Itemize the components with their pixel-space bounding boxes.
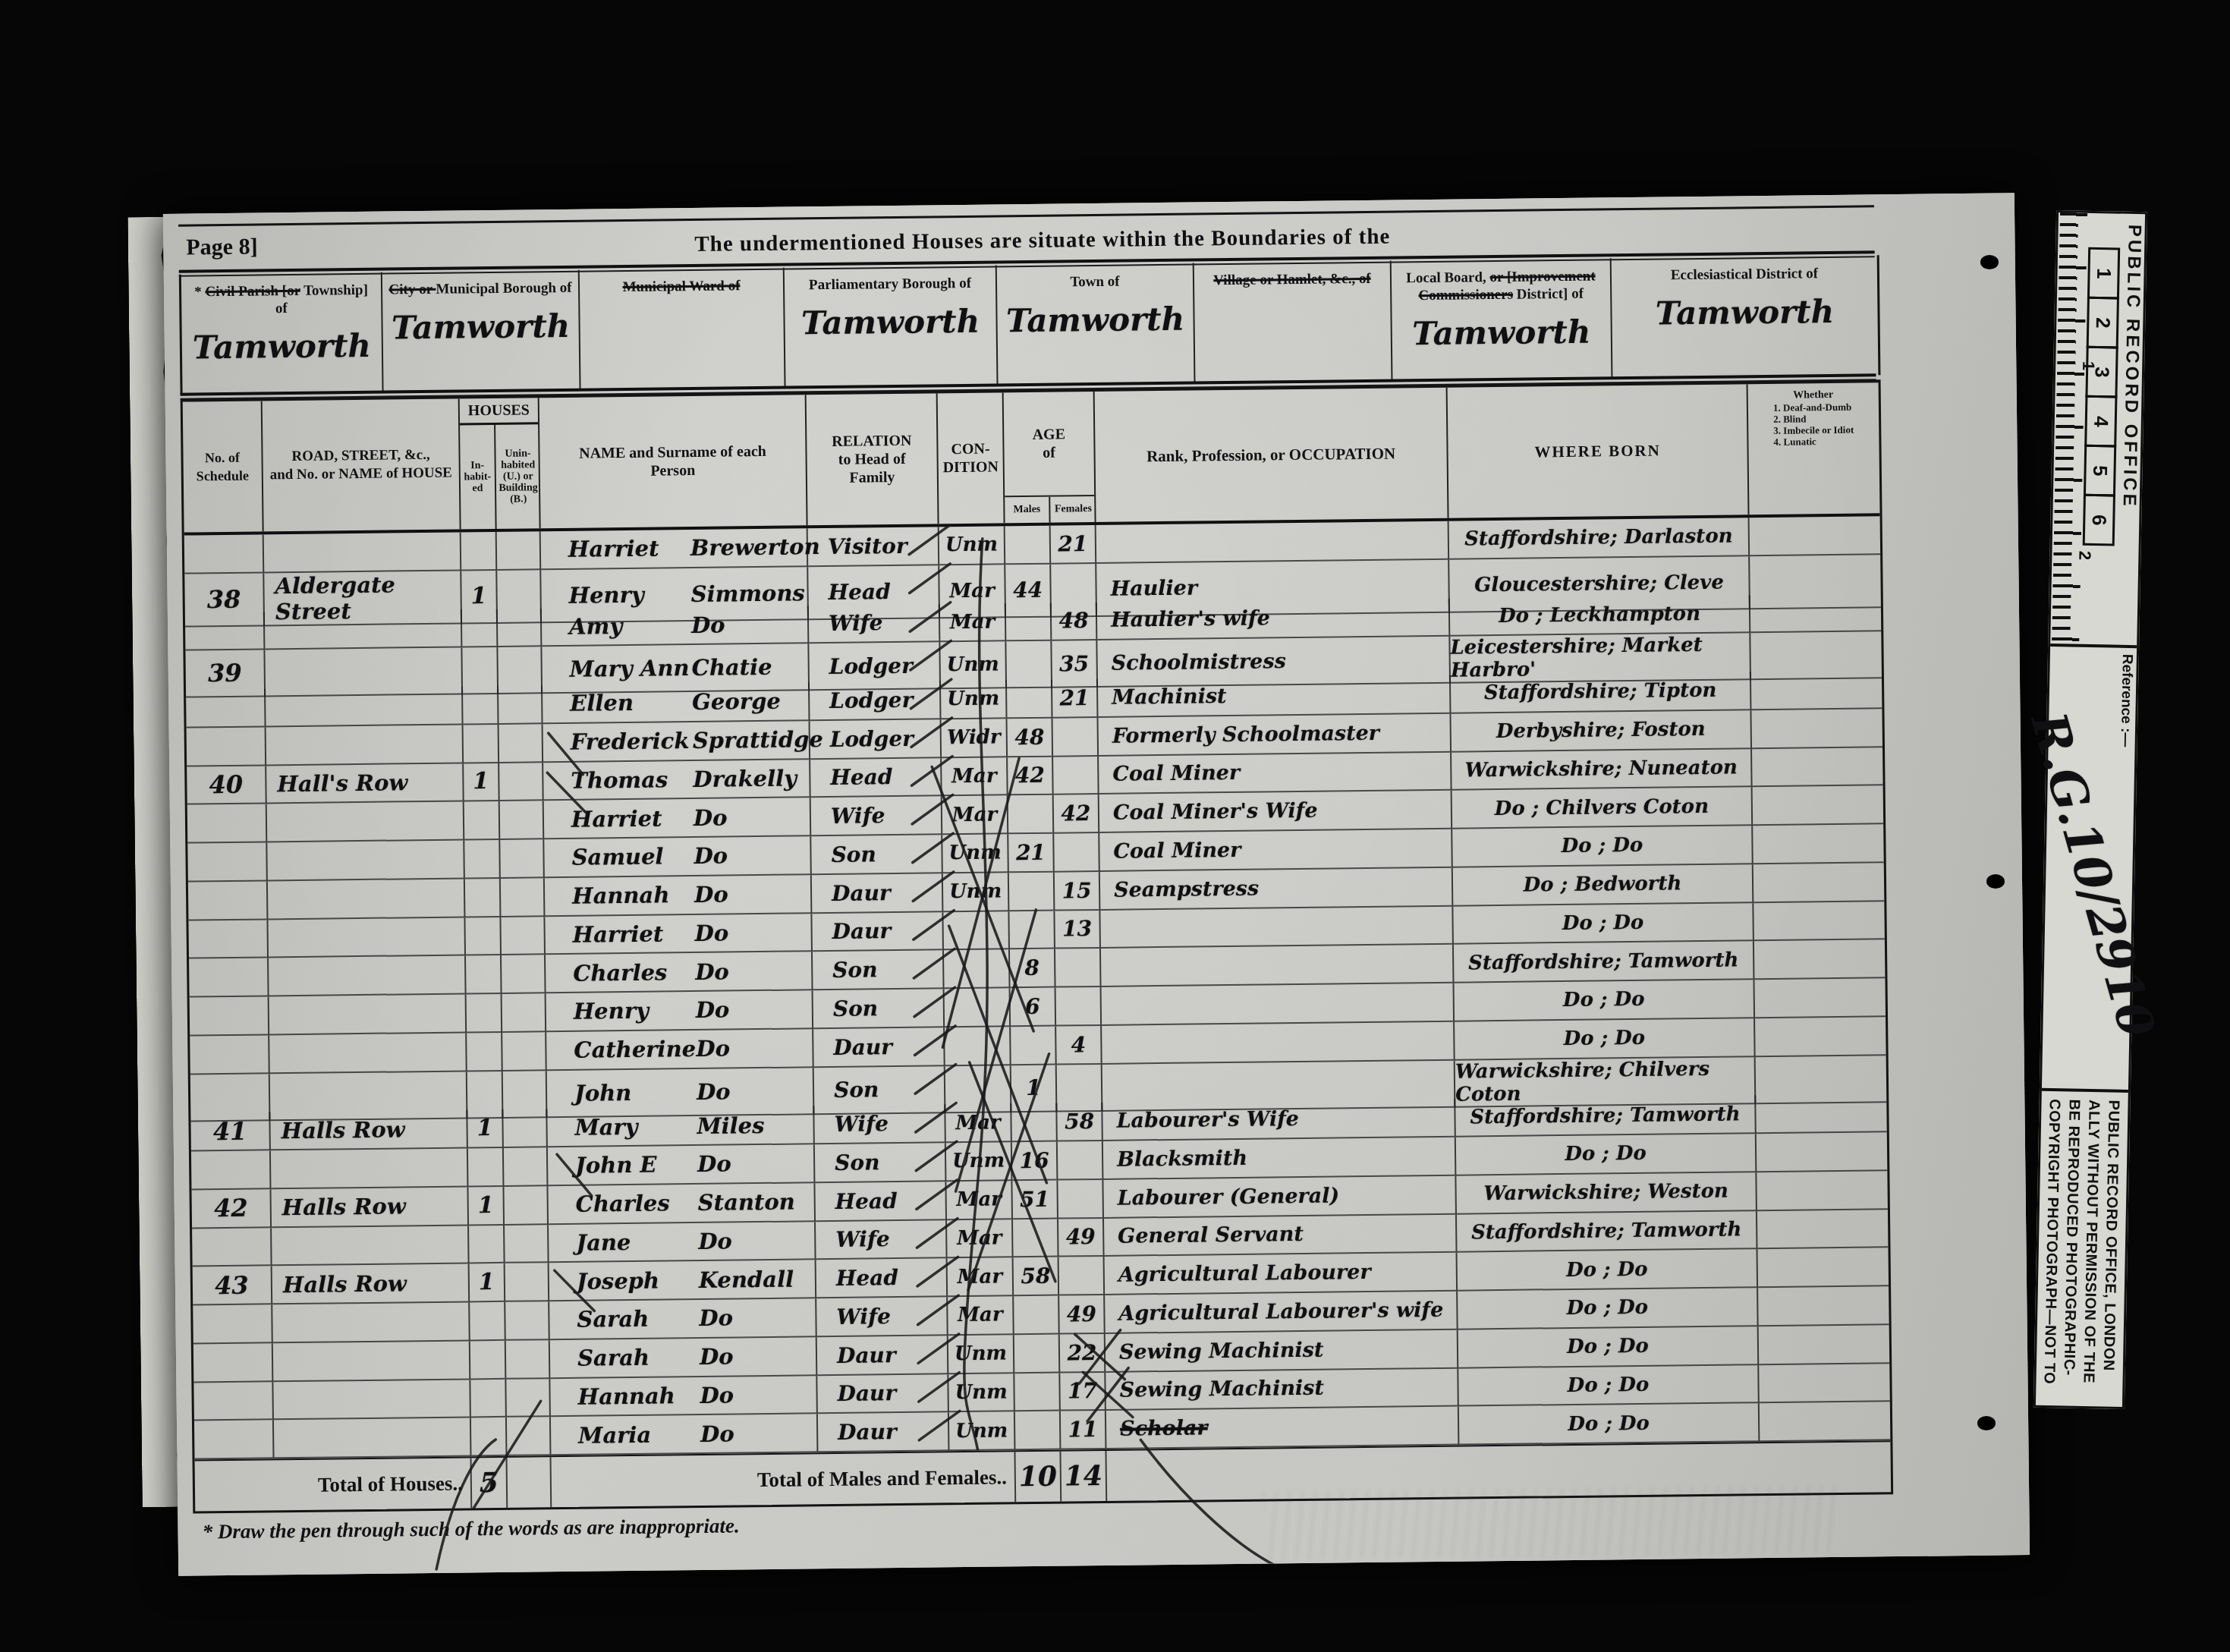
person-surname: Kendall: [699, 1266, 794, 1292]
person-given-name: Mary Ann: [543, 655, 692, 682]
cell-age-male: 21: [1008, 834, 1055, 873]
cell-condition: Mar: [948, 1258, 1014, 1298]
cell-occupation: Agricultural Labourer's wife: [1105, 1292, 1458, 1334]
cell-infirmity: [1753, 785, 1884, 826]
col-header-uninhabited: Unin- habited (U.) or Building (B.): [495, 424, 541, 529]
person-surname: Do: [696, 1036, 730, 1062]
ruler-number-box: 2: [2087, 297, 2119, 349]
cell-inhabited: [464, 840, 501, 879]
cell-road: [272, 1302, 470, 1343]
district-label: Municipal Ward of: [616, 277, 746, 296]
district-cell: Village or Hamlet, &c., of: [1194, 261, 1393, 383]
cell-age-female: [1055, 949, 1102, 987]
cell-age-female: [1056, 987, 1102, 1026]
occupation-text: Haulier: [1110, 577, 1197, 601]
person-surname: Do: [694, 804, 728, 831]
district-label-text: Town of: [1070, 274, 1120, 291]
cell-road: Halls Row: [270, 1110, 468, 1151]
person-given-name: Jane: [549, 1229, 698, 1256]
cell-infirmity: [1760, 1402, 1891, 1442]
cell-occupation: [1101, 945, 1455, 987]
cell-where-born: Do ; Do: [1452, 826, 1753, 867]
pro-reference-card: 12 123456 PUBLIC RECORD OFFICE Reference…: [2033, 210, 2147, 1409]
cell-uninhabited: [504, 1147, 549, 1186]
cell-condition: Unm: [949, 1412, 1016, 1452]
cell-uninhabited: [497, 531, 542, 570]
cell-road: [266, 725, 464, 766]
person-surname: Sprattidge: [693, 726, 823, 754]
cell-name: Catherine Do: [546, 1029, 814, 1071]
person-given-name: John E: [548, 1151, 697, 1178]
cell-inhabited: [465, 879, 502, 917]
person-given-name: Thomas: [543, 766, 693, 794]
cell-age-female: [1058, 1180, 1104, 1219]
ruler-number-box: 5: [2084, 445, 2116, 497]
cell-age-female: [1053, 756, 1099, 795]
cell-occupation: Coal Miner: [1099, 752, 1452, 795]
cell-schedule: [194, 1421, 275, 1460]
person-surname: Do: [698, 1228, 732, 1254]
cell-uninhabited: [505, 1301, 550, 1340]
cell-uninhabited: [507, 1417, 552, 1455]
spacer: [508, 1457, 552, 1508]
cell-uninhabited: [501, 878, 546, 917]
cell-age-male: [1015, 1411, 1062, 1450]
cell-occupation: Seampstress: [1100, 867, 1454, 910]
cell-condition: [945, 988, 1011, 1027]
district-cell: Local Board, or [Improvement Commissione…: [1392, 258, 1613, 380]
cell-inhabited: 1: [464, 763, 500, 801]
cell-age-male: 48: [1008, 718, 1054, 757]
cell-age-male: 42: [1008, 757, 1054, 795]
district-label: * Civil Parish [or Township] of: [181, 282, 382, 319]
occupation-text: Blacksmith: [1117, 1147, 1247, 1172]
cell-inhabited: 1: [468, 1187, 505, 1226]
col-header-occupation: Rank, Profession, or OCCUPATION: [1095, 388, 1449, 522]
cell-road: [268, 917, 466, 958]
cell-name: Jane Do: [549, 1222, 816, 1263]
cell-name: Charles Do: [546, 952, 813, 993]
cell-infirmity: [1751, 670, 1882, 710]
person-surname: Do: [691, 612, 725, 638]
cell-occupation: Machinist: [1098, 675, 1452, 718]
cell-where-born: Staffordshire; Tipton: [1451, 672, 1752, 713]
cell-age-male: [1007, 680, 1053, 719]
reference-value: R.G.10/2910: [2019, 706, 2159, 1021]
cell-uninhabited: [498, 609, 543, 647]
cell-occupation: Sewing Machinist: [1106, 1329, 1459, 1372]
district-label: Town of: [1064, 273, 1126, 291]
occupation-text: Scholar: [1120, 1417, 1208, 1441]
cell-relation: Daur: [812, 912, 944, 952]
district-label: Ecclesiastical District of: [1665, 265, 1824, 284]
cell-inhabited: [470, 1302, 506, 1341]
cell-relation: Wife: [809, 604, 941, 644]
occupation-text: Labourer's Wife: [1116, 1107, 1299, 1133]
ruler-number-boxes: 123456: [2083, 250, 2120, 546]
col-header-males: Males: [1005, 497, 1050, 524]
cell-uninhabited: [502, 993, 547, 1032]
footnote: * Draw the pen through such of the words…: [202, 1514, 739, 1543]
cell-road: [269, 956, 467, 997]
cell-road: [271, 1148, 469, 1189]
person-given-name: Henry: [546, 997, 696, 1024]
cell-schedule: [186, 688, 266, 728]
occupation-text: Sewing Machinist: [1119, 1338, 1324, 1364]
district-label-text: Local Board,: [1406, 269, 1490, 286]
cell-name: Frederick Sprattidge: [543, 721, 811, 763]
cell-occupation: Coal Miner: [1099, 829, 1453, 872]
person-given-name: Amy: [542, 612, 691, 640]
district-label-text: *: [194, 284, 205, 300]
district-label: Local Board, or [Improvement Commissione…: [1392, 267, 1611, 304]
person-given-name: Harriet: [541, 535, 690, 562]
cell-occupation: [1100, 906, 1454, 949]
cell-infirmity: [1758, 1248, 1889, 1288]
cell-name: Harriet Do: [544, 798, 812, 840]
occupation-text: Schoolmistress: [1112, 650, 1286, 675]
cell-infirmity: [1751, 709, 1882, 749]
bleedthrough-smudge: [1263, 1485, 1840, 1560]
cell-age-female: 49: [1058, 1218, 1105, 1257]
cell-condition: Unm: [942, 834, 1009, 873]
ruler-number: 5: [2088, 465, 2112, 477]
cell-infirmity: [1753, 824, 1884, 864]
cell-schedule: 40: [187, 766, 267, 805]
cell-condition: [944, 950, 1011, 990]
cell-relation: Daur: [817, 1336, 949, 1376]
cell-age-female: 42: [1054, 795, 1100, 833]
punch-dot: [1977, 1416, 1996, 1430]
cell-age-female: 21: [1051, 525, 1097, 564]
cell-condition: Mar: [948, 1296, 1014, 1336]
person-surname: Do: [695, 920, 729, 946]
person-given-name: Joseph: [549, 1267, 699, 1295]
person-given-name: Charles: [546, 959, 695, 986]
infirmity-item: 4. Lunatic: [1773, 436, 1854, 448]
col-header-age: AGE of: [1032, 392, 1066, 495]
cell-road: Halls Row: [272, 1264, 470, 1305]
cell-condition: Mar: [945, 1104, 1012, 1144]
person-surname: Miles: [697, 1112, 764, 1139]
cell-schedule: 43: [193, 1267, 273, 1306]
district-cell: * Civil Parish [or Township] of Tamworth: [181, 272, 384, 395]
occupation-text: Coal Miner: [1112, 761, 1240, 786]
cell-age-female: 15: [1055, 872, 1101, 911]
cell-condition: Mar: [946, 1181, 1013, 1220]
cell-age-male: [1008, 795, 1055, 834]
top-rule: [178, 205, 1874, 226]
person-surname: Do: [699, 1305, 733, 1332]
ruler-number-box: 1: [2087, 247, 2120, 300]
cell-age-male: [1011, 1103, 1058, 1142]
cell-schedule: [190, 996, 270, 1036]
cell-occupation: General Servant: [1104, 1214, 1458, 1257]
district-cell: City or Municipal Borough of Tamworth: [382, 270, 581, 392]
cell-infirmity: [1756, 1093, 1887, 1134]
cell-age-male: [1014, 1296, 1060, 1335]
cell-age-female: [1054, 833, 1100, 872]
cell-infirmity: [1750, 516, 1881, 556]
col-header-schedule: No. of Schedule: [183, 401, 264, 532]
cell-age-male: 51: [1012, 1180, 1058, 1219]
district-label-struck: Civil Parish [or: [205, 283, 300, 300]
cell-age-male: 16: [1012, 1142, 1058, 1181]
cell-schedule: [190, 1035, 270, 1075]
cell-infirmity: [1757, 1210, 1889, 1250]
person-surname: Do: [695, 958, 729, 985]
cell-condition: Widr: [942, 719, 1008, 758]
cell-name: Thomas Drakelly: [543, 760, 811, 801]
person-surname: Do: [697, 1151, 731, 1178]
cell-name: Sarah Do: [549, 1298, 817, 1340]
infirmity-item: 3. Imbecile or Idiot: [1773, 424, 1854, 436]
person-surname: Do: [697, 1078, 731, 1105]
cell-where-born: Staffordshire; Tamworth: [1457, 1211, 1758, 1253]
column-header-row: No. of Schedule ROAD, STREET, &c., and N…: [183, 382, 1880, 535]
cell-name: Harriet Brewerton: [541, 528, 809, 570]
cell-relation: Wife: [816, 1220, 948, 1260]
cell-infirmity: [1754, 939, 1886, 980]
col-header-name: NAME and Surname of each Person: [539, 395, 808, 528]
district-value: Tamworth: [392, 307, 571, 347]
cell-inhabited: 1: [467, 1109, 504, 1148]
ruler-number: 4: [2089, 416, 2112, 427]
person-given-name: Mary: [547, 1113, 697, 1141]
district-value: Tamworth: [801, 303, 980, 342]
cell-occupation: [1102, 1021, 1455, 1064]
col-header-road: ROAD, STREET, &c., and No. or NAME of HO…: [263, 398, 461, 531]
cell-relation: Son: [813, 951, 945, 991]
person-surname: Stanton: [698, 1189, 795, 1216]
cell-where-born: Do ; Chilvers Coton: [1452, 787, 1753, 829]
occupation-text: Agricultural Labourer: [1118, 1260, 1371, 1287]
cell-infirmity: [1757, 1171, 1888, 1211]
cell-age-male: [1005, 526, 1052, 565]
ruler-long-ticks: [2052, 212, 2087, 644]
cell-uninhabited: [504, 1186, 549, 1225]
cell-inhabited: [469, 1225, 505, 1263]
cell-age-female: 11: [1061, 1411, 1107, 1449]
person-given-name: Samuel: [544, 843, 694, 870]
person-given-name: Hannah: [550, 1383, 700, 1410]
cell-inhabited: [467, 994, 503, 1033]
occupation-text: Seampstress: [1114, 876, 1259, 902]
cell-condition: [943, 911, 1010, 951]
col-header-inhabited: In- habit- ed: [460, 425, 497, 530]
person-surname: Do: [700, 1344, 734, 1370]
cell-uninhabited: [506, 1379, 551, 1418]
cell-road: [265, 609, 463, 650]
col-header-infirmity: Whether 1. Deaf-and-Dumb2. Blind3. Imbec…: [1748, 382, 1880, 514]
col-header-houses-group: HOUSES In- habit- ed Unin- habited (U.) …: [460, 398, 541, 529]
cell-infirmity: [1753, 902, 1885, 942]
cell-age-female: 58: [1057, 1103, 1103, 1141]
cell-schedule: [192, 1228, 272, 1267]
cell-occupation: Scholar: [1106, 1407, 1460, 1449]
cell-uninhabited: [499, 763, 544, 801]
person-surname: Do: [700, 1421, 734, 1447]
col-header-infirmity-items: 1. Deaf-and-Dumb2. Blind3. Imbecile or I…: [1773, 401, 1854, 448]
cell-relation: Wife: [816, 1297, 948, 1337]
cell-relation: Wife: [811, 797, 943, 837]
district-cell: Town of Tamworth: [997, 263, 1196, 385]
district-cell: Municipal Ward of: [580, 268, 786, 390]
person-given-name: Sarah: [549, 1305, 699, 1333]
person-surname: Drakelly: [693, 765, 797, 792]
cell-schedule: [187, 727, 267, 766]
table-body: Harriet Brewerton Visitor Unm 21 Staffor…: [184, 516, 1891, 1459]
cell-where-born: Do ; Do: [1458, 1288, 1759, 1329]
cell-condition: Unm: [946, 1142, 1013, 1182]
cell-age-female: [1059, 1257, 1106, 1295]
cell-age-male: [1014, 1334, 1061, 1373]
cell-schedule: 41: [190, 1112, 271, 1152]
cell-schedule: [184, 534, 265, 574]
cell-infirmity: [1752, 747, 1883, 788]
district-label-struck: City or: [388, 282, 436, 298]
person-surname: Do: [696, 997, 730, 1024]
cell-infirmity: [1754, 978, 1886, 1018]
occupation-text: Haulier's wife: [1111, 607, 1270, 632]
cell-where-born: Do ; Bedworth: [1453, 864, 1754, 906]
district-label-text: District] of: [1513, 286, 1584, 303]
district-label-struck: Village or Hamlet, &c., of: [1213, 271, 1371, 288]
cell-where-born: Warwickshire; Nuneaton: [1452, 749, 1753, 791]
cell-road: [264, 532, 462, 573]
cell-occupation: Labourer (General): [1103, 1175, 1457, 1218]
cell-uninhabited: [500, 839, 545, 878]
cell-name: Harriet Do: [545, 914, 813, 955]
cell-occupation: Formerly Schoolmaster: [1099, 713, 1452, 756]
col-header-condition: CON- DITION: [938, 392, 1005, 524]
cell-where-born: Staffordshire; Darlaston: [1449, 518, 1750, 559]
cell-road: [274, 1418, 472, 1459]
page-number: Page 8]: [186, 234, 258, 260]
district-cell: Ecclesiastical District of Tamworth: [1612, 255, 1879, 378]
cell-inhabited: [462, 609, 499, 647]
cell-occupation: Blacksmith: [1103, 1138, 1457, 1180]
cell-road: [267, 840, 465, 881]
cell-relation: Daur: [812, 873, 944, 914]
cell-name: Hannah Do: [545, 875, 813, 917]
cell-age-male: [1013, 1219, 1059, 1257]
cell-where-born: Do ; Do: [1456, 1134, 1757, 1175]
person-surname: Do: [694, 882, 728, 908]
district-label: City or Municipal Borough of: [382, 279, 577, 299]
cell-inhabited: [470, 1379, 507, 1418]
cell-where-born: Staffordshire; Tamworth: [1454, 941, 1755, 983]
cell-where-born: Do ; Leckhampton: [1450, 595, 1751, 637]
cell-age-female: 17: [1060, 1372, 1106, 1411]
col-header-relation: RELATION to Head of Family: [807, 393, 939, 525]
cell-age-male: [1014, 1373, 1061, 1411]
cell-name: Sarah Do: [550, 1337, 818, 1379]
cell-age-female: [1053, 718, 1099, 757]
cell-infirmity: [1758, 1286, 1889, 1326]
cell-inhabited: [468, 1148, 505, 1187]
cell-inhabited: [463, 686, 499, 725]
cell-name: Hannah Do: [550, 1376, 818, 1418]
cell-relation: Head: [816, 1259, 948, 1299]
cell-relation: Head: [810, 758, 942, 798]
cell-condition: Unm: [941, 680, 1008, 719]
cell-schedule: [191, 1150, 272, 1190]
copyright-strip: COPYRIGHT PHOTOGRAPH—NOT TOBE REPRODUCED…: [2036, 1091, 2127, 1396]
cell-occupation: Coal Miner's Wife: [1099, 791, 1453, 833]
person-given-name: Catherine: [546, 1036, 696, 1063]
cell-age-female: [1058, 1141, 1104, 1180]
cell-occupation: [1096, 521, 1450, 564]
occupation-text: Agricultural Labourer's wife: [1118, 1298, 1443, 1326]
cell-infirmity: [1757, 1132, 1888, 1172]
cell-infirmity: [1759, 1325, 1890, 1365]
cell-condition: Mar: [942, 757, 1008, 797]
cell-where-born: Do ; Do: [1458, 1326, 1760, 1368]
ruler-number: 1: [2092, 268, 2115, 279]
cell-where-born: Do ; Do: [1458, 1249, 1759, 1291]
total-females-value: 14: [1061, 1451, 1107, 1502]
cell-where-born: Do ; Do: [1453, 903, 1754, 945]
cell-uninhabited: [503, 1109, 548, 1147]
cell-relation: Son: [815, 1143, 947, 1183]
cell-road: [269, 994, 467, 1035]
col-header-females: Females: [1050, 496, 1096, 523]
pro-office-title: PUBLIC RECORD OFFICE: [2118, 225, 2145, 509]
cell-age-female: 49: [1059, 1295, 1106, 1334]
cell-age-female: 13: [1055, 910, 1101, 949]
cell-schedule: [193, 1343, 274, 1383]
ruler-number: 6: [2087, 514, 2111, 526]
col-header-houses: HOUSES: [460, 398, 538, 425]
district-label-text: Ecclesiastical District of: [1671, 266, 1818, 283]
cell-name: Samuel Do: [544, 836, 812, 878]
person-given-name: Charles: [549, 1190, 698, 1217]
cell-uninhabited: [500, 801, 545, 840]
total-males-females-label: Total of Males and Females..: [949, 1452, 1016, 1503]
spacer: [195, 1460, 275, 1511]
cell-name: Mary Miles: [547, 1106, 815, 1147]
cell-name: Amy Do: [542, 606, 810, 647]
cell-where-born: Do ; Do: [1455, 1018, 1756, 1060]
cell-uninhabited: [505, 1225, 549, 1263]
district-value: Tamworth: [1412, 313, 1591, 353]
district-label-struck: Municipal Ward of: [622, 278, 740, 295]
cell-name: Charles Stanton: [548, 1183, 816, 1225]
occupation-text: General Servant: [1118, 1222, 1304, 1248]
cell-inhabited: [464, 801, 501, 840]
cell-inhabited: [470, 1341, 507, 1380]
copyright-section: COPYRIGHT PHOTOGRAPH—NOT TOBE REPRODUCED…: [2036, 1091, 2128, 1396]
cell-road: Halls Row: [271, 1187, 469, 1228]
district-value: Tamworth: [193, 327, 372, 367]
cell-name: Ellen George: [543, 682, 810, 724]
cell-uninhabited: [499, 685, 543, 724]
cell-schedule: 42: [191, 1189, 272, 1229]
col-header-age-group: AGE of Males Females: [1004, 392, 1096, 523]
punch-dot: [1980, 255, 1999, 269]
person-surname: Do: [700, 1382, 734, 1408]
reference-label: Reference :—: [2117, 654, 2135, 747]
cell-relation: Daur: [813, 1027, 945, 1068]
cell-condition: Unm: [939, 526, 1006, 565]
cell-where-born: Warwickshire; Weston: [1456, 1172, 1757, 1214]
cell-age-male: [1011, 1026, 1057, 1065]
cell-age-male: 8: [1010, 949, 1056, 988]
reference-section: Reference :— R.G.10/2910: [2042, 647, 2137, 1093]
cell-road: [266, 686, 464, 727]
cell-age-male: 58: [1014, 1257, 1060, 1296]
